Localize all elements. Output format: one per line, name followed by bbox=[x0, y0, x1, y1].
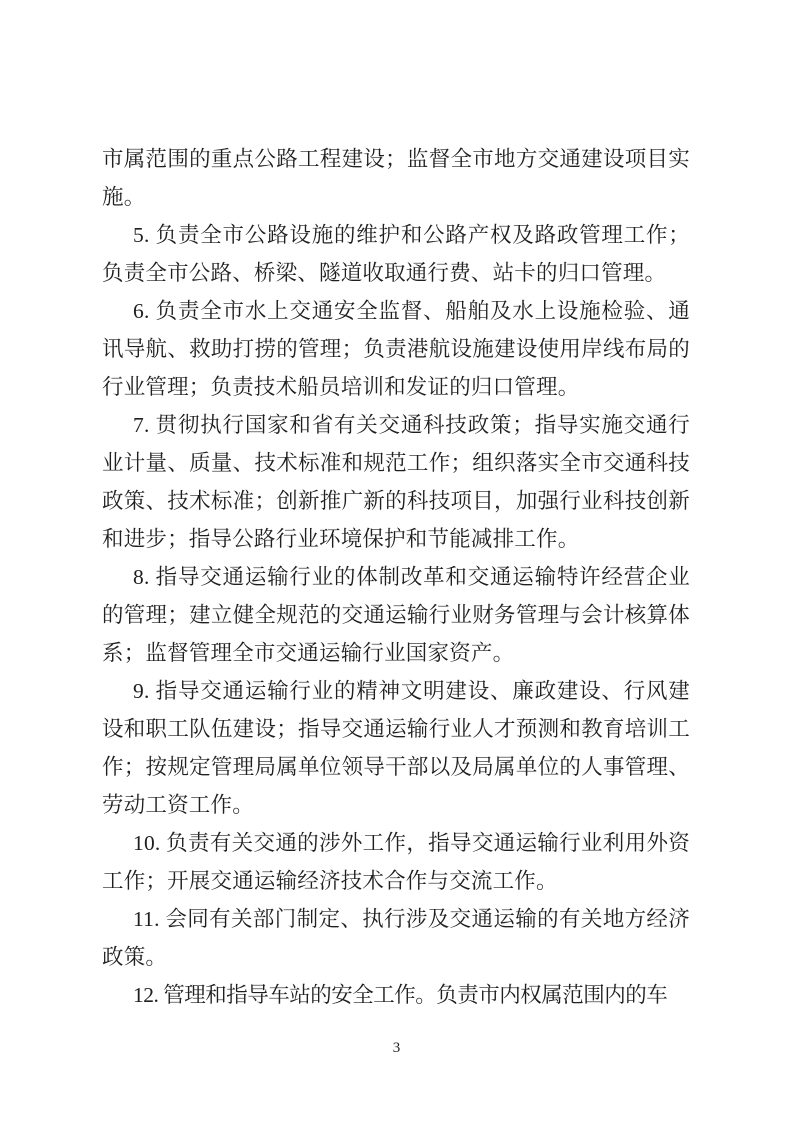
paragraph-item-7: 7. 贯彻执行国家和省有关交通科技政策；指导实施交通行业计量、质量、技术标准和规… bbox=[102, 406, 690, 558]
paragraph-item-12: 12. 管理和指导车站的安全工作。负责市内权属范围内的车 bbox=[102, 976, 690, 1014]
paragraph-item-11: 11. 会同有关部门制定、执行涉及交通运输的有关地方经济政策。 bbox=[102, 900, 690, 976]
paragraph-item-10: 10. 负责有关交通的涉外工作，指导交通运输行业利用外资工作；开展交通运输经济技… bbox=[102, 824, 690, 900]
paragraph-continuation: 市属范围的重点公路工程建设；监督全市地方交通建设项目实施。 bbox=[102, 140, 690, 216]
page-number: 3 bbox=[0, 1038, 793, 1058]
document-body: 市属范围的重点公路工程建设；监督全市地方交通建设项目实施。 5. 负责全市公路设… bbox=[102, 140, 690, 1014]
document-page: 市属范围的重点公路工程建设；监督全市地方交通建设项目实施。 5. 负责全市公路设… bbox=[0, 0, 793, 1122]
paragraph-item-9: 9. 指导交通运输行业的精神文明建设、廉政建设、行风建设和职工队伍建设；指导交通… bbox=[102, 672, 690, 824]
paragraph-item-6: 6. 负责全市水上交通安全监督、船舶及水上设施检验、通讯导航、救助打捞的管理；负… bbox=[102, 292, 690, 406]
paragraph-item-8: 8. 指导交通运输行业的体制改革和交通运输特许经营企业的管理；建立健全规范的交通… bbox=[102, 558, 690, 672]
paragraph-item-5: 5. 负责全市公路设施的维护和公路产权及路政管理工作；负责全市公路、桥梁、隧道收… bbox=[102, 216, 690, 292]
